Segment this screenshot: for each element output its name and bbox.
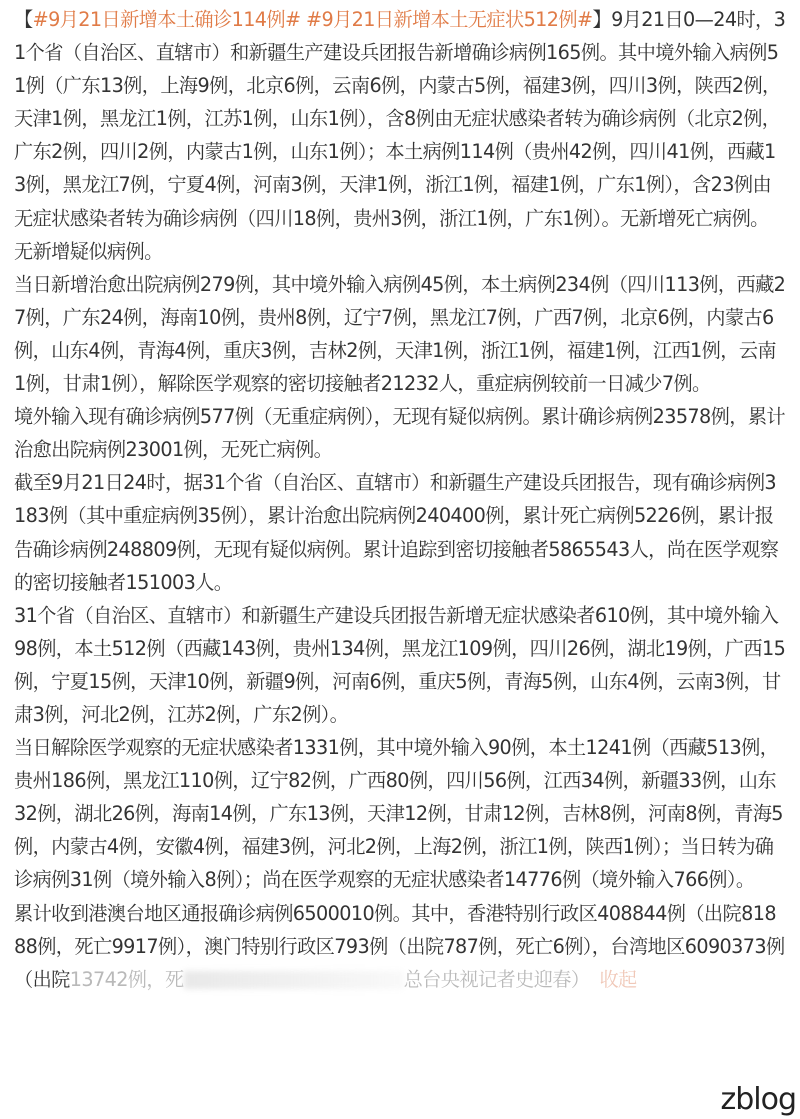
bracket-close: 】 [592, 8, 611, 31]
post-paragraph-5: 当日解除医学观察的无症状感染者1331例，其中境外输入90例，本土1241例（西… [14, 731, 786, 896]
post-paragraph-0: 【#9月21日新增本土确诊114例# #9月21日新增本土无症状512例#】9月… [14, 3, 786, 268]
post-content: 【#9月21日新增本土确诊114例# #9月21日新增本土无症状512例#】9月… [14, 3, 786, 996]
faded-text-end: 总台央视记者史迎春） [404, 968, 590, 991]
collapse-link[interactable]: 收起 [599, 968, 636, 991]
post-paragraph-6: 累计收到港澳台地区通报确诊病例6500010例。其中，香港特别行政区408844… [14, 897, 786, 996]
hashtag-link-0[interactable]: #9月21日新增本土确诊114例# [33, 8, 301, 31]
fade-overlay [184, 971, 404, 989]
hashtag-link-1[interactable]: #9月21日新增本土无症状512例# [306, 8, 592, 31]
bracket-open: 【 [14, 8, 33, 31]
post-paragraph-1: 当日新增治愈出院病例279例，其中境外输入病例45例，本土病例234例（四川11… [14, 268, 786, 400]
paragraph-text: 9月21日0—24时，31个省（自治区、直辖市）和新疆生产建设兵团报告新增确诊病… [14, 8, 785, 263]
post-paragraph-4: 31个省（自治区、直辖市）和新疆生产建设兵团报告新增无症状感染者610例，其中境… [14, 599, 786, 731]
post-paragraph-2: 境外输入现有确诊病例577例（无重症病例），无现有疑似病例。累计确诊病例2357… [14, 400, 786, 466]
faded-text-start: 13742例，死 [70, 968, 184, 991]
post-paragraph-3: 截至9月21日24时，据31个省（自治区、直辖市）和新疆生产建设兵团报告，现有确… [14, 466, 786, 598]
watermark: zblog [720, 1082, 796, 1117]
